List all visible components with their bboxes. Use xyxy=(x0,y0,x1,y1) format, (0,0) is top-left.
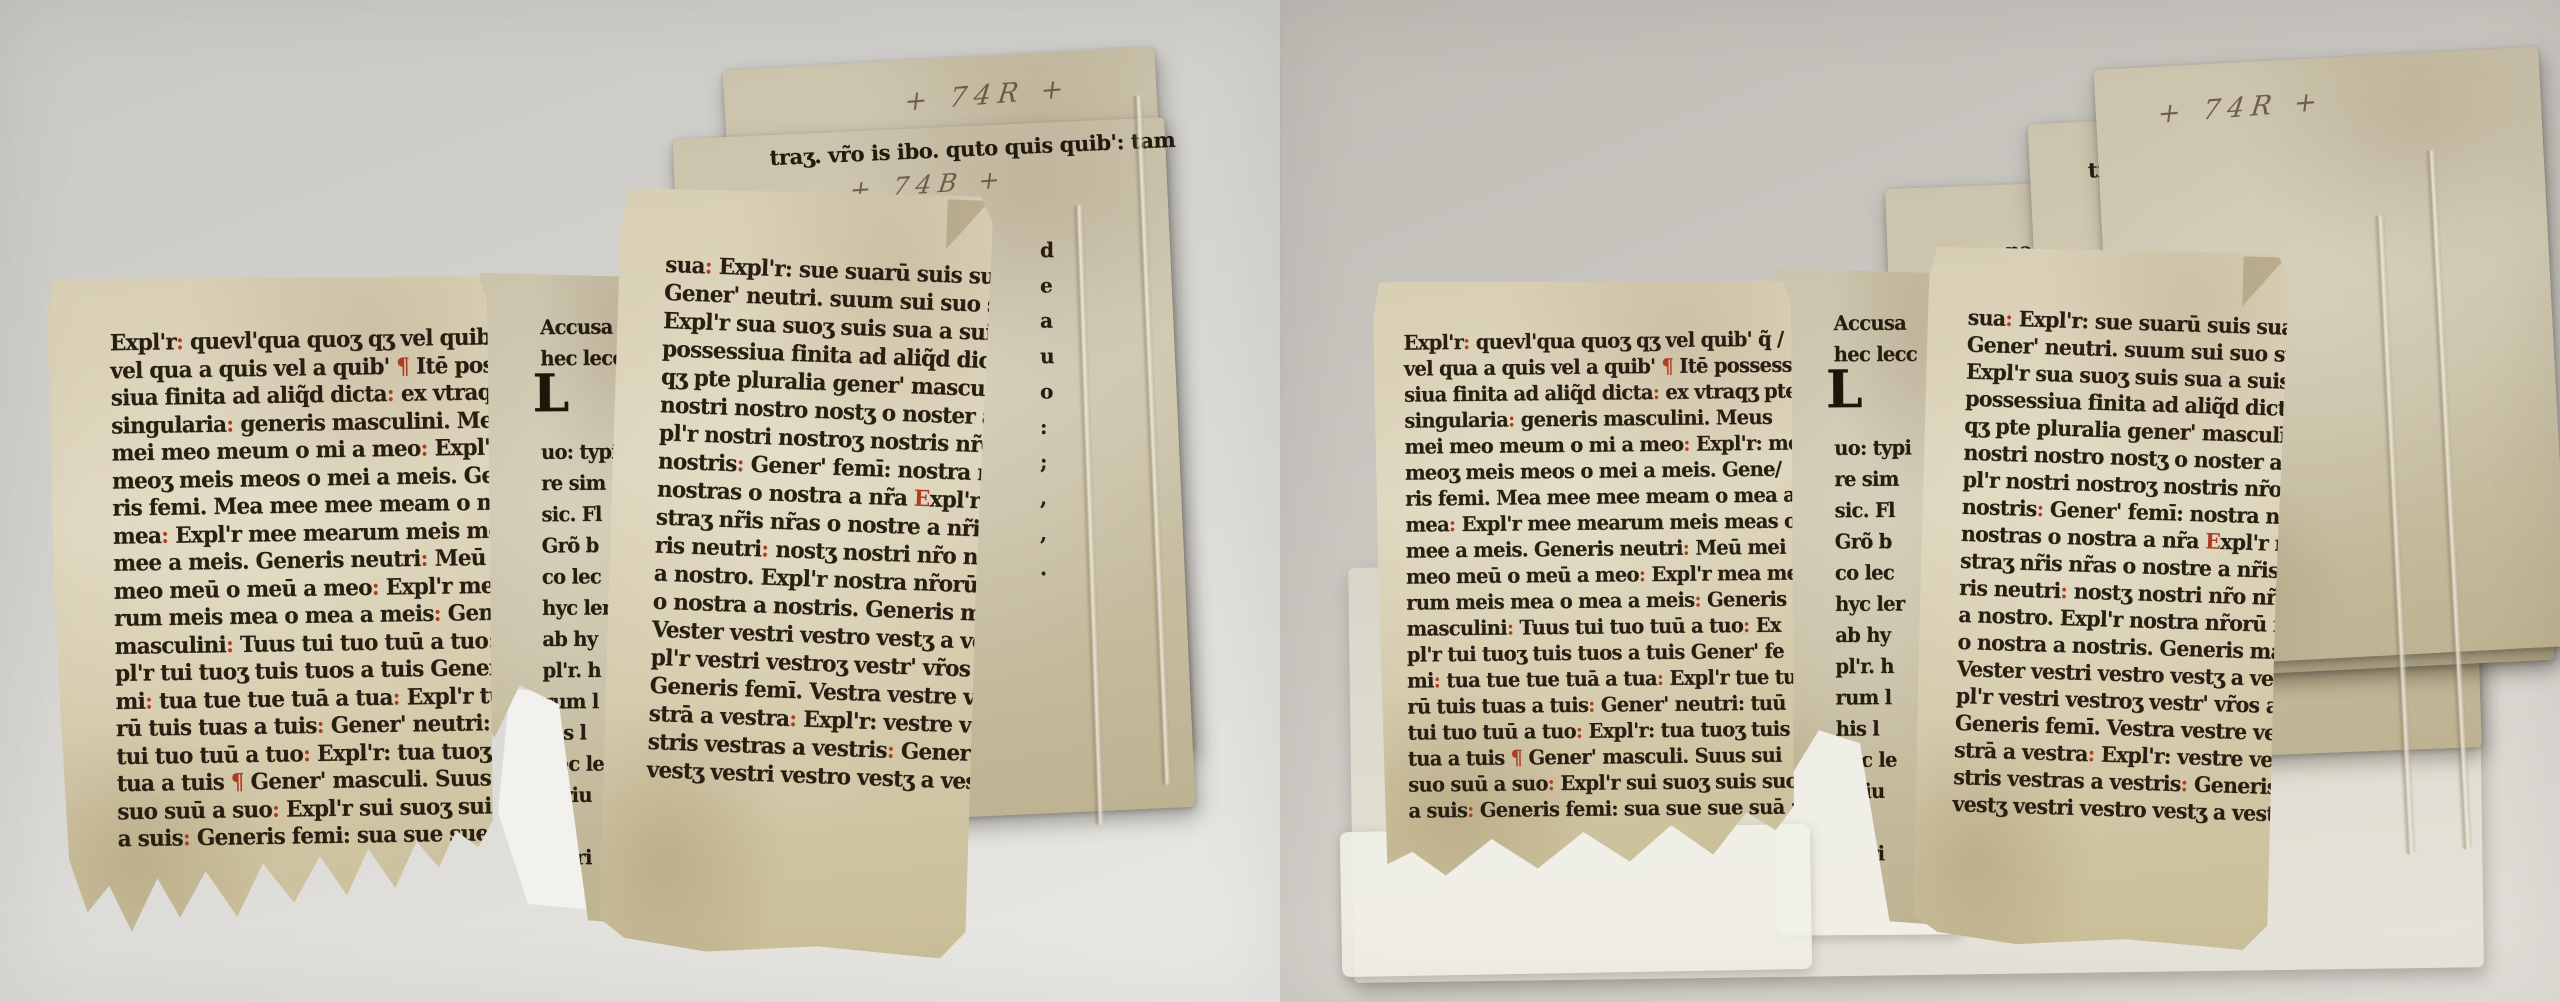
edge-letters-column: deauo:;,,. xyxy=(1040,232,1054,586)
handwritten-mark-74r: + 74R + xyxy=(903,73,1073,118)
left-page-text: Expl'r: quevl'qua quoʒ qʒ vel quib' q̃ /… xyxy=(1403,326,1816,824)
folded-corner xyxy=(946,199,990,251)
left-text-leaf: Expl'r: quevl'qua quoʒ qʒ vel quib' q̃ /… xyxy=(47,273,497,940)
lombard-initial: L xyxy=(532,368,569,420)
folded-corner xyxy=(2242,256,2286,307)
center-text-leaf: sua: Expl'r: sue suarū suis suas a suis.… xyxy=(594,183,994,962)
printed-headline-74b: traʒ. vr̃o is ibo. quto quis quib': tam xyxy=(769,127,1176,170)
photo-right: na vt lectito viduaria vt feruesco cales… xyxy=(1280,0,2560,1002)
lombard-initial: L xyxy=(1826,364,1863,416)
left-text-leaf: Expl'r: quevl'qua quoʒ qʒ vel quib' q̃ /… xyxy=(1373,278,1797,882)
photographs-of-manuscript-leaves: + 74R + traʒ. vr̃o is ibo. quto quis qui… xyxy=(0,0,2560,1002)
photo-left: + 74R + traʒ. vr̃o is ibo. quto quis qui… xyxy=(0,0,1280,1002)
center-text-leaf: sua: Expl'r: sue suarū suis suas a suis.… xyxy=(1908,243,2290,954)
handwritten-mark-74r: + 74R + xyxy=(2156,86,2326,130)
